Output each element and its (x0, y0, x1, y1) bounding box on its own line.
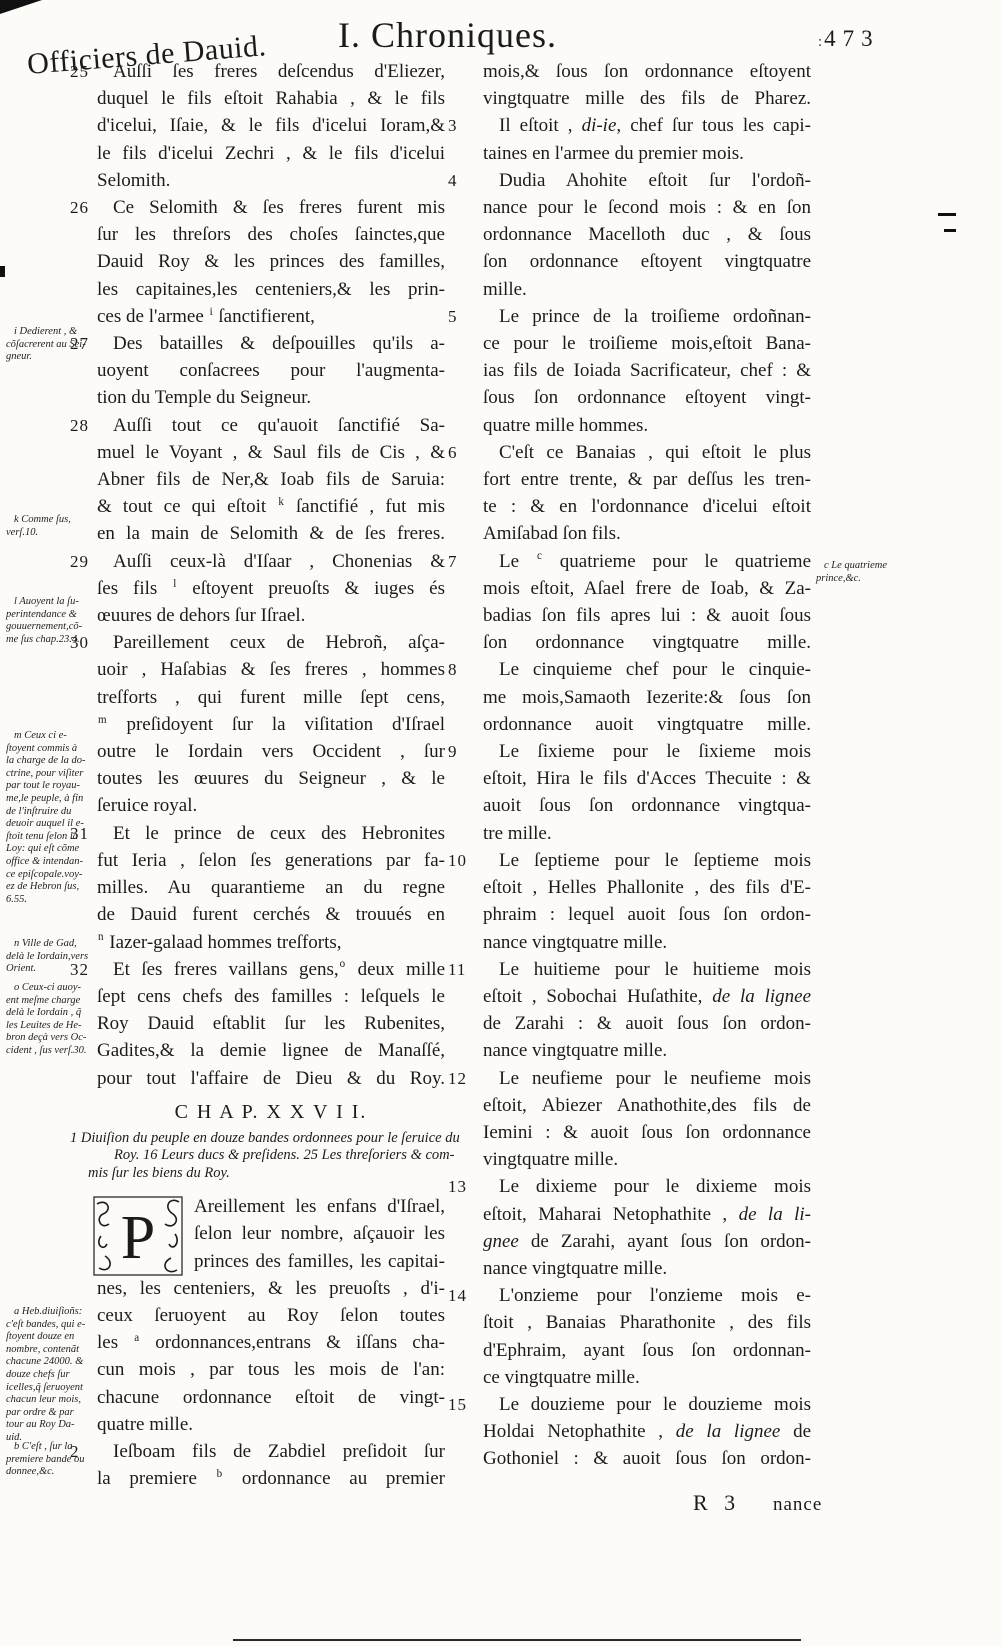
text-line: uoir , Haſabias & ſes freres , hommes (97, 656, 445, 683)
verse-10: 10Le ſeptieme pour le ſeptieme moiseſtoi… (483, 847, 811, 956)
chapter-27-verse-1: PAreillement les enfans d'Iſrael,ſelon l… (97, 1193, 445, 1438)
text-line: princes des familles, les capitai- (97, 1248, 445, 1275)
text-line: 10Le ſeptieme pour le ſeptieme mois (483, 847, 811, 874)
text-line: ce pour le troiſieme mois,eſtoit Bana- (483, 330, 811, 357)
text-line: ſtoit , Banaias Pharathonite , des fils (483, 1309, 811, 1336)
verse-5: 5Le prince de la troiſieme ordoñnan-ce p… (483, 303, 811, 439)
margin-note-line: icelles,q̃ ſeruoyent (6, 1382, 95, 1395)
margin-note-line: Orient. (6, 963, 95, 976)
page-number-value: 473 (824, 26, 880, 51)
text-line: 7Le c quatrieme pour le quatrieme (483, 548, 811, 575)
text-line: outre le Iordain vers Occident , ſur (97, 738, 445, 765)
text-line: eſtoit , Sobochai Huſathite, de la ligne… (483, 983, 811, 1010)
verse-3: 3Il eſtoit , di-ie, chef ſur tous les ca… (483, 112, 811, 166)
margin-note-line: par ordre & par (6, 1407, 95, 1420)
text-line: eſtoit, Abiezer Anathothite,des fils de (483, 1092, 811, 1119)
text-line: treſforts , qui furent mille ſept cens, (97, 684, 445, 711)
text-line: auoit ſous ſon ordonnance vingtqua- (483, 792, 811, 819)
text-line: mille. (483, 276, 811, 303)
verse-15: 15Le douzieme pour le douzieme moisHolda… (483, 1391, 811, 1473)
verse-31: 31Et le prince de ceux des Hebronitesfut… (97, 820, 445, 956)
text-line: en la main de Selomith & de ſes freres. (97, 520, 445, 547)
margin-note-line: chacun leur mois, (6, 1394, 95, 1407)
text-line: Gothoniel : & auoit ſous ſon ordon- (483, 1445, 811, 1472)
chapter-heading: C H A P. X X V I I. (97, 1099, 445, 1126)
text-line: nance vingtquatre mille. (483, 929, 811, 956)
text-line: Gadites,& la demie lignee de Manaſſé, (97, 1037, 445, 1064)
margin-note-line: m Ceux ci e- (6, 730, 95, 743)
margin-note-line: ez de Hebron ſus, (6, 881, 95, 894)
text-line: muel le Voyant , & Saul fils de Cis , & (97, 439, 445, 466)
margin-note-line: l Auoyent la ſu- (6, 596, 95, 609)
text-line: 31Et le prince de ceux des Hebronites (97, 820, 445, 847)
margin-note-line: a Heb.diuiſioñs: (6, 1306, 95, 1319)
scan-artifact (944, 229, 956, 232)
margin-note-line: me,le peuple, à fin (6, 793, 95, 806)
text-line: ſur les threſors des choſes ſainctes,que (97, 221, 445, 248)
text-line: Iemini : & auoit ſous ſon ordonnance (483, 1119, 811, 1146)
signature-mark: R 3 (693, 1490, 735, 1516)
text-line: nance vingtquatre mille. (483, 1037, 811, 1064)
note-reference: l (173, 578, 176, 590)
text-line: gnee de Zarahi, ayant ſous ſon ordon- (483, 1228, 811, 1255)
text-line: fort entre trente, & par deſſus les tren… (483, 466, 811, 493)
margin-note-line: prince,&c. (816, 573, 902, 586)
text-line: nes, les centeniers, & les preuoſts , d'… (97, 1275, 445, 1302)
text-line: ias fils de Ioiada Sacrificateur, chef :… (483, 357, 811, 384)
text-line: d'Ephraim, ayant ſous ſon ordonnan- (483, 1337, 811, 1364)
text-line: 9Le ſixieme pour le ſixieme mois (483, 738, 811, 765)
text-line: 26Ce Selomith & ſes freres furent mis (97, 194, 445, 221)
text-line: nance vingtquatre mille. (483, 1255, 811, 1282)
verse-number: 7 (448, 548, 474, 575)
text-line: chacune ordonnance eſtoit de vingt- (97, 1384, 445, 1411)
margin-note-line: tour au Roy Da- (6, 1419, 95, 1432)
text-line: me mois,Samaoth Iezerite:& ſous ſon (483, 684, 811, 711)
verse-number: 3 (448, 112, 474, 139)
margin-note-line: cident , ſus verſ.30. (6, 1045, 95, 1058)
margin-note-line: office & intendan- (6, 856, 95, 869)
verse-25: 25Auſſi ſes freres deſcendus d'Eliezer,d… (97, 58, 445, 194)
verse-9: 9Le ſixieme pour le ſixieme moiseſtoit, … (483, 738, 811, 847)
margin-note-line: verſ.10. (6, 527, 95, 540)
margin-note-a-left: a Heb.diuiſioñs:c'eſt bandes, qui e-ſtoy… (6, 1306, 95, 1445)
text-line: 6C'eſt ce Banaias , qui eſtoit le plus (483, 439, 811, 466)
margin-note-line: premiere bande ou (6, 1454, 95, 1467)
page-number: :473 (818, 26, 880, 52)
chapter-argument: 1 Diuiſion du peuple en douze bandes ord… (68, 1130, 446, 1183)
text-line: tion du Temple du Seigneur. (97, 384, 445, 411)
verse-number: 26 (70, 194, 96, 221)
note-reference: n (98, 931, 104, 943)
running-head-title: I. Chroniques. (338, 14, 557, 56)
argument-line: 1 Diuiſion du peuple en douze bandes ord… (68, 1130, 446, 1148)
margin-note-line: gouuernement,cõ- (6, 621, 95, 634)
text-line: 4Dudia Ahohite eſtoit ſur l'ordoñ- (483, 167, 811, 194)
text-line: Holdai Netophathite , de la lignee de (483, 1418, 811, 1445)
text-line: 28Auſſi tout ce qu'auoit ſanctifié Sa- (97, 412, 445, 439)
verse-7: 7Le c quatrieme pour le quatriememois eſ… (483, 548, 811, 657)
text-line: ſeruice royal. (97, 792, 445, 819)
text-line: vingtquatre mille des fils de Pharez. (483, 85, 811, 112)
argument-line: Roy. 16 Leurs ducs & preſidens. 25 Les t… (68, 1147, 446, 1165)
margin-note-line: i Dedierent , & (6, 326, 95, 339)
verse-number: 9 (448, 738, 474, 765)
verse-number: 14 (448, 1282, 474, 1309)
verse-number: 28 (70, 412, 96, 439)
margin-note-line: deuoir auquel il e- (6, 818, 95, 831)
verse-13: 13Le dixieme pour le dixieme moiseſtoit,… (483, 1173, 811, 1282)
text-line: ceux ſeruoyent au Roy ſelon toutes (97, 1302, 445, 1329)
text-line: n Iazer-galaad hommes treſforts, (97, 929, 445, 956)
scan-artifact (938, 213, 956, 216)
text-line: toutes les œuures du Seigneur , & le (97, 765, 445, 792)
text-line: 13Le dixieme pour le dixieme mois (483, 1173, 811, 1200)
text-line: ſon ordonnance vingtquatre mille. (483, 629, 811, 656)
text-line: 27Des batailles & deſpouilles qu'ils a- (97, 330, 445, 357)
text-line: 30Pareillement ceux de Hebroñ, aſça- (97, 629, 445, 656)
text-line: 32Et ſes freres vaillans gens,o deux mil… (97, 956, 445, 983)
text-line: cun mois , par tous les mois de l'an: (97, 1356, 445, 1383)
text-line: & tout ce qui eſtoit k ſanctifié , fut m… (97, 493, 445, 520)
text-line: Abner fils de Ner,& Ioab fils de Saruia: (97, 466, 445, 493)
note-reference: a (134, 1332, 139, 1344)
text-line: eſtoit, Hira le fils d'Acces Thecuite : … (483, 765, 811, 792)
margin-note-line: de l'inſtruire du (6, 806, 95, 819)
margin-note-line: o Ceux-ci auoy- (6, 982, 95, 995)
scan-artifact (0, 266, 5, 277)
text-line: 2Ieſboam fils de Zabdiel preſidoit ſur (97, 1438, 445, 1465)
text-line: 15Le douzieme pour le douzieme mois (483, 1391, 811, 1418)
scan-artifact (233, 1639, 801, 1641)
text-line: nance pour le ſecond mois : & en ſon (483, 194, 811, 221)
scan-artifact (0, 0, 42, 14)
text-line: ordonnance auoit vingtquatre mille. (483, 711, 811, 738)
margin-note-line: donnee,&c. (6, 1466, 95, 1479)
text-line: Amiſabad ſon fils. (483, 520, 811, 547)
verse-number: 11 (448, 956, 474, 983)
page-scan: Officiers de Dauid. I. Chroniques. :473 … (0, 0, 1001, 1646)
margin-note-line: k Comme ſus, (6, 514, 95, 527)
margin-note-line: chacune 24000. & (6, 1356, 95, 1369)
text-line: 5Le prince de la troiſieme ordoñnan- (483, 303, 811, 330)
text-line: vingtquatre mille. (483, 1146, 811, 1173)
text-line: d'icelui, Iſaie, & le fils d'icelui Iora… (97, 112, 445, 139)
text-line: 29Auſſi ceux-là d'Iſaar , Chonenias & (97, 548, 445, 575)
verse-number: 25 (70, 58, 96, 85)
text-line: te : & en l'ordonnance d'icelui eſtoit (483, 493, 811, 520)
text-line: tre mille. (483, 820, 811, 847)
verse-26: 26Ce Selomith & ſes freres furent misſur… (97, 194, 445, 330)
margin-note-line: ce epiſcopale.voy- (6, 869, 95, 882)
margin-note-line: cõſacrerent au Sei- (6, 339, 95, 352)
text-line: ſelon leur nombre, aſçauoir les (97, 1220, 445, 1247)
verse-number: 8 (448, 656, 474, 683)
verse-11: 11Le huitieme pour le huitieme moiseſtoi… (483, 956, 811, 1065)
text-line: ſon ordonnance eſtoyent vingtquatre (483, 248, 811, 275)
text-line: mois eſtoit, Aſael frere de Ioab, & Za- (483, 575, 811, 602)
catchword: nance (773, 1494, 822, 1516)
verse-4: 4Dudia Ahohite eſtoit ſur l'ordoñ-nance … (483, 167, 811, 303)
margin-note-b-left: b C'eſt , ſur lapremiere bande oudonnee,… (6, 1441, 95, 1479)
verse-2: 2Ieſboam fils de Zabdiel preſidoit ſurla… (97, 1438, 445, 1492)
text-line: ſept cens chefs des familles : leſquels … (97, 983, 445, 1010)
margin-note-line: perintendance & (6, 609, 95, 622)
margin-note-line: gneur. (6, 351, 95, 364)
text-line: la premiere b ordonnance au premier (97, 1465, 445, 1492)
verse-14: 14L'onzieme pour l'onzieme mois e-ſtoit … (483, 1282, 811, 1391)
text-line: ordonnance Macelloth duc , & ſous (483, 221, 811, 248)
text-line: ce vingtquatre mille. (483, 1364, 811, 1391)
text-line: œuures de dehors ſur Iſrael. (97, 602, 445, 629)
text-line: ſes fils l eſtoyent preuoſts & iuges és (97, 575, 445, 602)
text-line: 8Le cinquieme chef pour le cinquie- (483, 656, 811, 683)
verse-29: 29Auſſi ceux-là d'Iſaar , Chonenias &ſes… (97, 548, 445, 630)
verse-number: 29 (70, 548, 96, 575)
text-line: m preſidoyent ſur la viſitation d'Iſrael (97, 711, 445, 738)
note-reference: m (98, 714, 107, 726)
text-line: 14L'onzieme pour l'onzieme mois e- (483, 1282, 811, 1309)
margin-note-line: ctrine, pour viſiter (6, 768, 95, 781)
verse-number: 5 (448, 303, 474, 330)
text-line: eſtoit , Helles Phallonite , des fils d'… (483, 874, 811, 901)
margin-note-line: bron deçà vers Oc- (6, 1032, 95, 1045)
verse-32: 32Et ſes freres vaillans gens,o deux mil… (97, 956, 445, 1092)
margin-note-line: me ſus chap.23.4. (6, 634, 95, 647)
text-line: mois,& ſous ſon ordonnance eſtoyent (483, 58, 811, 85)
margin-note-k-left: k Comme ſus,verſ.10. (6, 514, 95, 539)
note-reference: c (537, 550, 542, 562)
text-line: de Dauid furent cerchés & trouués en (97, 901, 445, 928)
margin-note-line: n Ville de Gad, (6, 938, 95, 951)
note-reference: i (210, 306, 213, 318)
text-line: les a ordonnances,entrans & iſſans cha- (97, 1329, 445, 1356)
margin-note-line: les Leuites de He- (6, 1020, 95, 1033)
text-line: 11Le huitieme pour le huitieme mois (483, 956, 811, 983)
text-line: badias ſon fils apres lui : & auoit ſous (483, 602, 811, 629)
text-line: pour tout l'affaire de Dieu & du Roy. (97, 1065, 445, 1092)
verse-2-continuation: mois,& ſous ſon ordonnance eſtoyentvingt… (483, 58, 811, 112)
margin-note-n-left: n Ville de Gad,delà le Iordain,versOrien… (6, 938, 95, 976)
text-line: quatre mille. (97, 1411, 445, 1438)
margin-note-line: c'eſt bandes, qui e- (6, 1319, 95, 1332)
verse-number: 10 (448, 847, 474, 874)
text-line: 12Le neufieme pour le neufieme mois (483, 1065, 811, 1092)
text-line: Areillement les enfans d'Iſrael, (97, 1193, 445, 1220)
margin-note-line: 6.55. (6, 894, 95, 907)
text-line: Selomith. (97, 167, 445, 194)
verse-8: 8Le cinquieme chef pour le cinquie-me mo… (483, 656, 811, 738)
text-line: fut Ieria , ſelon ſes generations par fa… (97, 847, 445, 874)
text-line: le fils d'icelui Zechri , & le fils d'ic… (97, 140, 445, 167)
margin-note-line: ſtoyent commis à (6, 743, 95, 756)
verse-6: 6C'eſt ce Banaias , qui eſtoit le plusfo… (483, 439, 811, 548)
margin-note-line: Loy: qui eſt cõme (6, 843, 95, 856)
margin-note-line: b C'eſt , ſur la (6, 1441, 95, 1454)
text-line: phraim : lequel auoit ſous ſon ordon- (483, 901, 811, 928)
text-line: eſtoit, Maharai Netophathite , de la li- (483, 1201, 811, 1228)
margin-note-m-left: m Ceux ci e-ſtoyent commis àla charge de… (6, 730, 95, 906)
text-line: taines en l'armee du premier mois. (483, 140, 811, 167)
verse-number: 15 (448, 1391, 474, 1418)
note-reference: k (278, 496, 284, 508)
margin-note-line: c Le quatrieme (816, 560, 902, 573)
text-line: 25Auſſi ſes freres deſcendus d'Eliezer, (97, 58, 445, 85)
text-line: Dauid Roy & les princes des familles, (97, 248, 445, 275)
margin-note-line: par tout le royau- (6, 780, 95, 793)
verse-number: 6 (448, 439, 474, 466)
margin-note-line: la charge de la do- (6, 755, 95, 768)
note-reference: o (340, 958, 346, 970)
margin-note-line: douze chefs ſur (6, 1369, 95, 1382)
margin-note-o-left: o Ceux-ci auoy-ent meſme chargedelà le I… (6, 982, 95, 1058)
verse-30: 30Pareillement ceux de Hebroñ, aſça-uoir… (97, 629, 445, 819)
verse-number: 13 (448, 1173, 474, 1200)
text-line: de Zarahi : & auoit ſous ſon ordon- (483, 1010, 811, 1037)
verse-number: 12 (448, 1065, 474, 1092)
column-right: mois,& ſous ſon ordonnance eſtoyentvingt… (483, 58, 811, 1473)
verse-28: 28Auſſi tout ce qu'auoit ſanctifié Sa-mu… (97, 412, 445, 548)
column-left: 25Auſſi ſes freres deſcendus d'Eliezer,d… (97, 58, 445, 1492)
margin-note-line: nombre, contenãt (6, 1344, 95, 1357)
argument-line: mis ſur les biens du Roy. (68, 1165, 446, 1183)
text-line: milles. Au quarantieme an du regne (97, 874, 445, 901)
note-reference: b (217, 1468, 223, 1480)
margin-note-l-left: l Auoyent la ſu-perintendance &gouuernem… (6, 596, 95, 646)
verse-27: 27Des batailles & deſpouilles qu'ils a-u… (97, 330, 445, 412)
margin-note-line: delà le Iordain,vers (6, 951, 95, 964)
margin-note-line: ent meſme charge (6, 995, 95, 1008)
text-line: Roy Dauid eſtablit ſur les Rubenites, (97, 1010, 445, 1037)
margin-note-line: ſtoyent douze en (6, 1331, 95, 1344)
text-line: duquel le fils eſtoit Rahabia , & le fil… (97, 85, 445, 112)
text-line: ces de l'armee i ſanctifierent, (97, 303, 445, 330)
margin-note-i-left: i Dedierent , &cõſacrerent au Sei-gneur. (6, 326, 95, 364)
verse-12: 12Le neufieme pour le neufieme moiseſtoi… (483, 1065, 811, 1174)
margin-note-line: delà le Iordain , q̃ (6, 1007, 95, 1020)
text-line: les capitaines,les centeniers,& les prin… (97, 276, 445, 303)
verse-number: 4 (448, 167, 474, 194)
text-line: 3Il eſtoit , di-ie, chef ſur tous les ca… (483, 112, 811, 139)
margin-note-c-right: c Le quatriemeprince,&c. (816, 560, 902, 585)
text-line: uoyent conſacrees pour l'augmenta- (97, 357, 445, 384)
text-line: ſous ſon ordonnance eſtoyent vingt- (483, 384, 811, 411)
margin-note-line: ſtoit tenu ſelon la (6, 831, 95, 844)
text-line: quatre mille hommes. (483, 412, 811, 439)
